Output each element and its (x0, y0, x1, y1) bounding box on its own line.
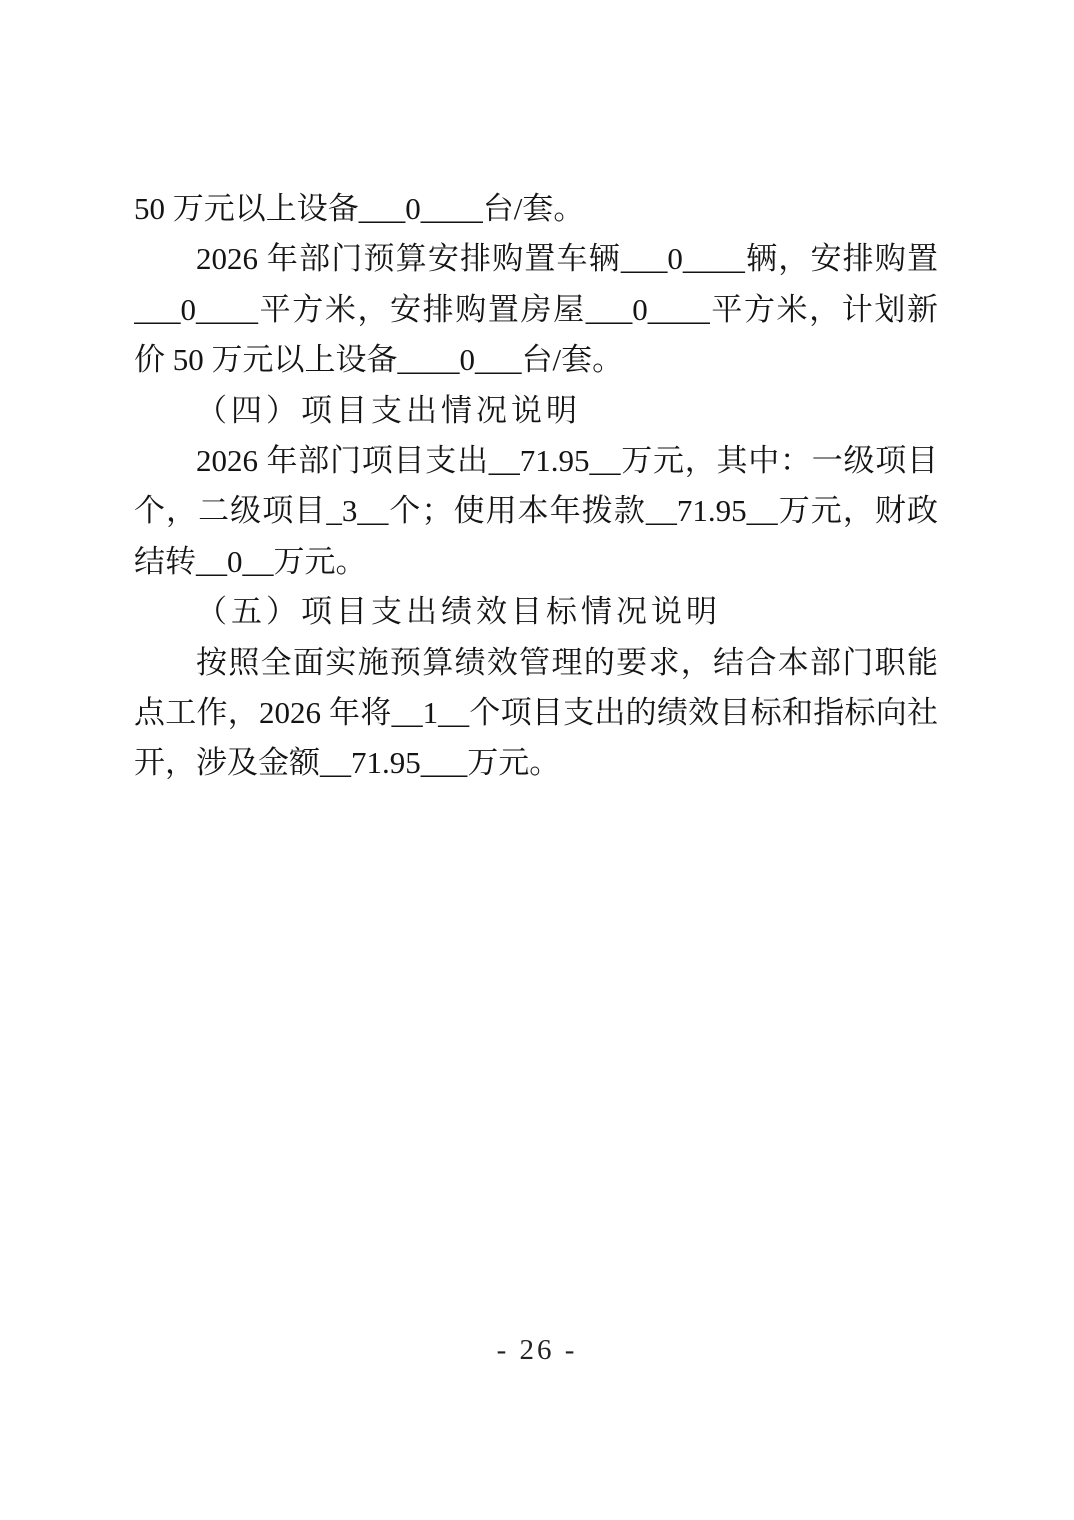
section-heading-4: （四）项目支出情况说明 (134, 386, 938, 436)
paragraph-line: 开，涉及金额__71.95___万元。 (134, 738, 938, 788)
paragraph-line: 按照全面实施预算绩效管理的要求，结合本部门职能和重 (134, 638, 938, 688)
document-page: 50 万元以上设备___0____台/套。 2026 年部门预算安排购置车辆__… (0, 0, 1074, 1520)
paragraph-line: 点工作，2026 年将__1__个项目支出的绩效目标和指标向社会公 (134, 688, 938, 738)
paragraph-line: 结转__0__万元。 (134, 537, 938, 587)
page-number: - 26 - (497, 1334, 578, 1366)
paragraph-line: 2026 年部门预算安排购置车辆___0____辆，安排购置土地 (134, 234, 938, 284)
section-heading-5: （五）项目支出绩效目标情况说明 (134, 587, 938, 637)
paragraph-line: 2026 年部门项目支出__71.95__万元，其中：一级项目__1__ (134, 436, 938, 486)
page-footer: - 26 - (0, 1334, 1074, 1367)
paragraph-line: 价 50 万元以上设备____0___台/套。 (134, 335, 938, 385)
paragraph-line: 个，二级项目_3__个；使用本年拨款__71.95__万元，财政拨款 (134, 486, 938, 536)
paragraph-line: ___0____平方米，安排购置房屋___0____平方米，计划新增单 (134, 285, 938, 335)
paragraph-line: 50 万元以上设备___0____台/套。 (134, 184, 938, 234)
page-body: 50 万元以上设备___0____台/套。 2026 年部门预算安排购置车辆__… (134, 184, 938, 789)
